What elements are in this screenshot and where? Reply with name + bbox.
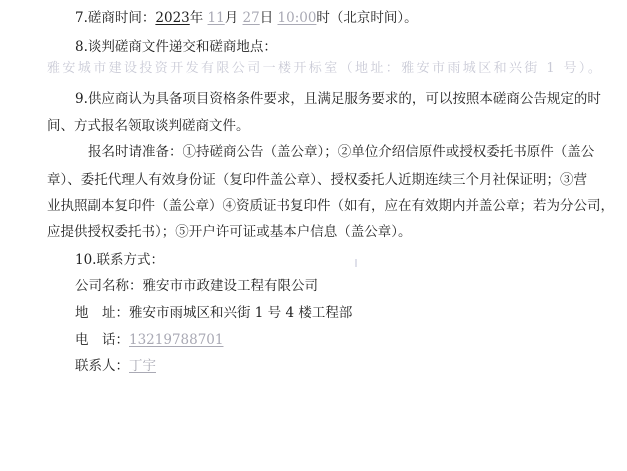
- company-line: 公司名称：雅安市市政建设工程有限公司: [75, 277, 318, 295]
- prep-line3: 业执照副本复印件（盖公章）④资质证书复印件（如有，应在有效期内并盖公章；若为分公…: [47, 197, 614, 215]
- prep-line1: 报名时请准备：①持磋商公告（盖公章）；②单位介绍信原件或授权委托书原件（盖公: [88, 143, 594, 161]
- day-unit: 日: [260, 10, 274, 26]
- company-name: 雅安市市政建设工程有限公司: [143, 278, 319, 294]
- address-value: 雅安市雨城区和兴街 1 号 4 楼工程部: [129, 305, 352, 321]
- phone-label: 电 话：: [75, 332, 129, 348]
- item9-line1: 9.供应商认为具备项目资格条件要求，且满足服务要求的，可以按照本磋商公告规定的时: [75, 90, 601, 108]
- year-unit: 年: [190, 10, 204, 26]
- item7-label: 7.磋商时间：: [75, 10, 155, 26]
- time-value: 10:00: [278, 10, 317, 26]
- month-value: 11: [208, 10, 225, 26]
- contact-label: 联系人：: [75, 358, 129, 374]
- scan-mark: [355, 259, 357, 267]
- prep-line4: 应提供授权委托书）；⑤开户许可证或基本户信息（盖公章）。: [47, 223, 412, 241]
- contact-line: 联系人：丁宇: [75, 357, 156, 375]
- month-unit: 月: [225, 10, 239, 26]
- phone-value: 13219788701: [129, 332, 223, 348]
- item8-heading: 8.谈判磋商文件递交和磋商地点：: [75, 38, 277, 56]
- prep-line2: 章）、委托代理人有效身份证（复印件盖公章）、授权委托人近期连续三个月社保证明；③…: [47, 171, 587, 189]
- time-suffix: 时（北京时间）。: [316, 10, 417, 26]
- address-line: 地 址：雅安市雨城区和兴街 1 号 4 楼工程部: [75, 304, 352, 322]
- item10-heading: 10.联系方式：: [75, 251, 164, 269]
- item8-location: 雅安城市建设投资开发有限公司一楼开标室（地址：雅安市雨城区和兴街 1 号）。: [47, 60, 603, 78]
- item9-line2: 间、方式报名领取谈判磋商文件。: [47, 117, 250, 135]
- day-value: 27: [243, 10, 260, 26]
- company-label: 公司名称：: [75, 278, 143, 294]
- phone-line: 电 话：13219788701: [75, 331, 223, 349]
- address-label: 地 址：: [75, 305, 129, 321]
- item7-line: 7.磋商时间：2023年 11月 27日 10:00时（北京时间）。: [75, 9, 418, 27]
- year-value: 2023: [155, 10, 189, 26]
- contact-value: 丁宇: [129, 358, 156, 374]
